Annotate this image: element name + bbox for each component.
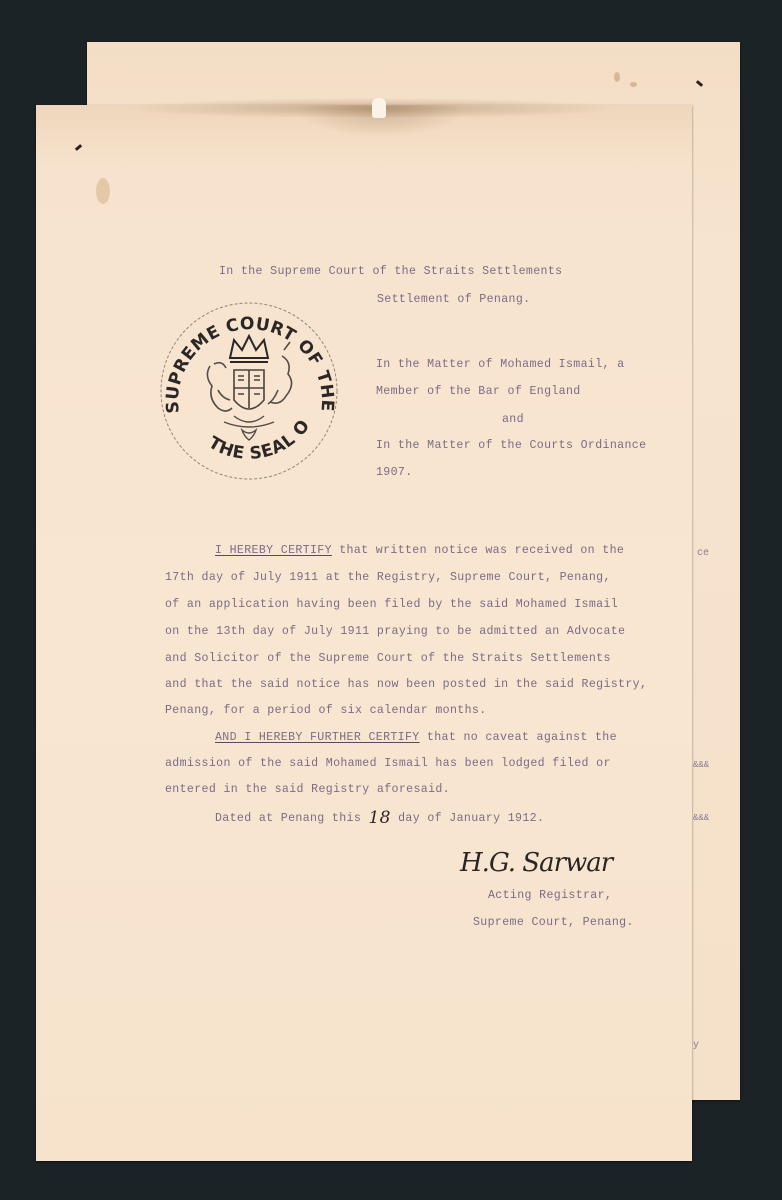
- lion-supporter-icon: [207, 363, 232, 411]
- back-page-text-fragment: y: [693, 1040, 699, 1051]
- certificate-line: on the 13th day of July 1911 praying to …: [165, 625, 625, 639]
- paper-stain: [614, 72, 620, 82]
- handwritten-day: 18: [368, 808, 390, 828]
- seal-icon: SUPREME COURT OF THE STRAITS THE SEAL OF…: [158, 300, 340, 482]
- further-certify-heading: AND I HEREBY FURTHER CERTIFY: [215, 731, 420, 744]
- coat-of-arms-shield-icon: [234, 370, 264, 409]
- matter-line-1: In the Matter of Mohamed Ismail, a: [376, 358, 624, 372]
- back-page-text-fragment: &&&: [693, 813, 709, 823]
- unicorn-supporter-icon: [268, 342, 292, 404]
- matter-line-5: 1907.: [376, 466, 413, 480]
- further-certificate-line: entered in the said Registry aforesaid.: [165, 783, 450, 797]
- registrar-signature: H.G. Sarwar: [460, 848, 612, 878]
- court-heading: In the Supreme Court of the Straits Sett…: [219, 265, 562, 279]
- dated-line: Dated at Penang this 18 day of January 1…: [215, 809, 544, 826]
- back-page-text-fragment: &&&: [693, 760, 709, 770]
- signatory-office: Supreme Court, Penang.: [473, 916, 634, 930]
- certificate-line: of an application having been filed by t…: [165, 598, 618, 612]
- hereby-certify-heading: I HEREBY CERTIFY: [215, 544, 332, 557]
- matter-line-2: Member of the Bar of England: [376, 385, 581, 399]
- further-certificate-line: admission of the said Mohamed Ismail has…: [165, 757, 611, 771]
- seal-legend-top: SUPREME COURT OF THE STRAITS: [158, 300, 337, 421]
- certificate-line: I HEREBY CERTIFY that written notice was…: [215, 544, 624, 558]
- motto-scroll-icon: [224, 416, 274, 440]
- paper-stain: [630, 82, 637, 87]
- back-page-text-fragment: ce: [697, 548, 709, 559]
- certificate-line: Penang, for a period of six calendar mon…: [165, 704, 487, 718]
- certificate-line: 17th day of July 1911 at the Registry, S…: [165, 571, 611, 585]
- certificate-line: and Solicitor of the Supreme Court of th…: [165, 652, 611, 666]
- signatory-title: Acting Registrar,: [488, 889, 612, 903]
- settlement-heading: Settlement of Penang.: [377, 293, 530, 307]
- pin-hole: [372, 98, 386, 118]
- crown-icon: [230, 336, 268, 362]
- further-certificate-line: AND I HEREBY FURTHER CERTIFY that no cav…: [215, 731, 617, 745]
- certificate-line: and that the said notice has now been po…: [165, 678, 647, 692]
- matter-line-3: and: [502, 413, 524, 427]
- pin-rust-stain: [40, 95, 700, 117]
- paper-stain: [96, 178, 110, 204]
- court-seal-stamp: SUPREME COURT OF THE STRAITS THE SEAL OF…: [158, 300, 340, 482]
- matter-line-4: In the Matter of the Courts Ordinance: [376, 439, 646, 453]
